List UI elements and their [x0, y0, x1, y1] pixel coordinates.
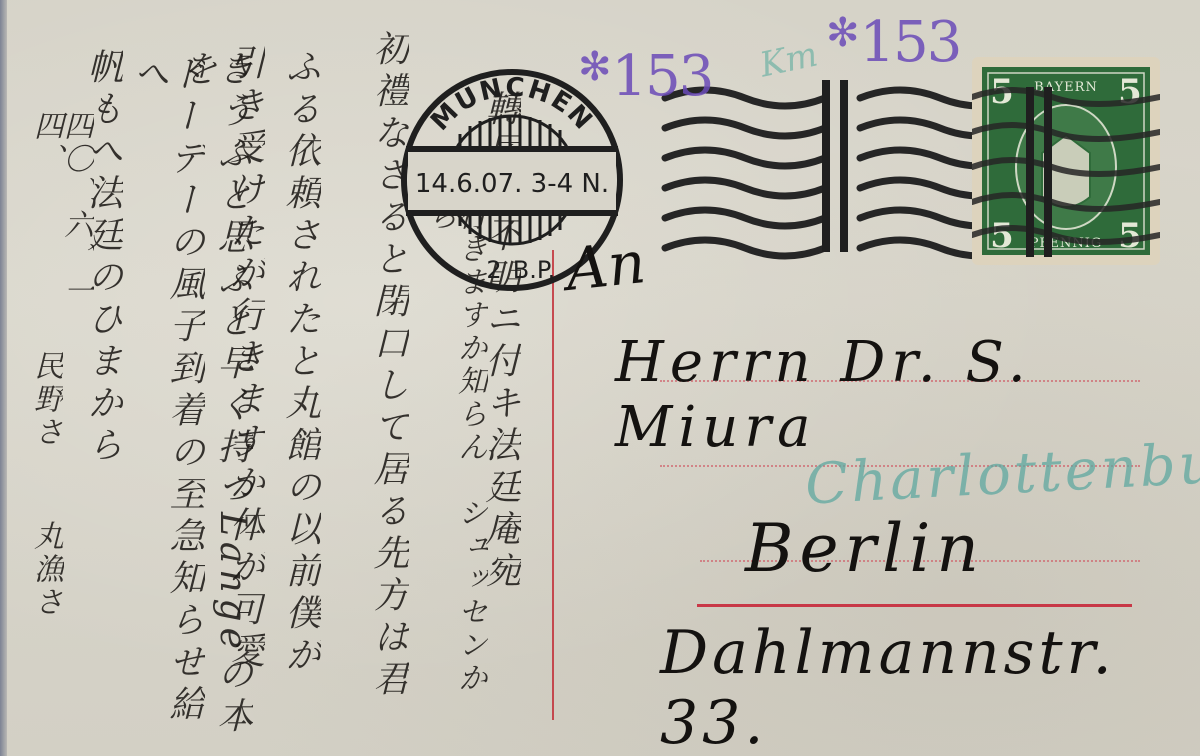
message-column-7: ドーデーの風子到着の至急知らせ給へ	[130, 55, 202, 755]
recipient-street: Dahlmannstr. 33.	[660, 618, 1200, 756]
svg-text:5: 5	[1118, 72, 1142, 112]
message-signature-2: 丸漁さ	[30, 520, 60, 740]
svg-text:5: 5	[990, 216, 1014, 256]
message-date: 四〇、六、一四、	[30, 110, 90, 310]
svg-text:MÜNCHEN: MÜNCHEN	[425, 73, 599, 137]
card-edge	[0, 0, 7, 756]
message-signature-1: 民野さ	[30, 350, 60, 480]
handstamp-153-left: ✻153	[578, 44, 712, 109]
svg-text:14.6.07. 3-4 N.: 14.6.07. 3-4 N.	[415, 169, 609, 199]
divider-line	[552, 250, 554, 720]
message-column-4: ふる依頼されたと丸館の以前僕が	[282, 48, 318, 748]
postcard: 轉居先不明ニ付キ法廷庵宛 行きますか知らん シュッセンから 初禮なさると閉口して…	[0, 0, 1200, 756]
svg-text:2: 2	[486, 256, 501, 284]
asterisk-flower-icon: ✻	[826, 10, 860, 56]
address-preposition: An	[563, 228, 649, 304]
asterisk-flower-icon: ✻	[578, 44, 612, 90]
recipient-city: Berlin	[745, 510, 985, 587]
svg-text:B.P.: B.P.	[513, 256, 555, 284]
postage-stamp: BAYERN PFENNIG 5 5 5 5	[972, 57, 1160, 265]
handstamp-153-right: ✻153	[826, 10, 960, 75]
city-underline	[697, 604, 1132, 607]
